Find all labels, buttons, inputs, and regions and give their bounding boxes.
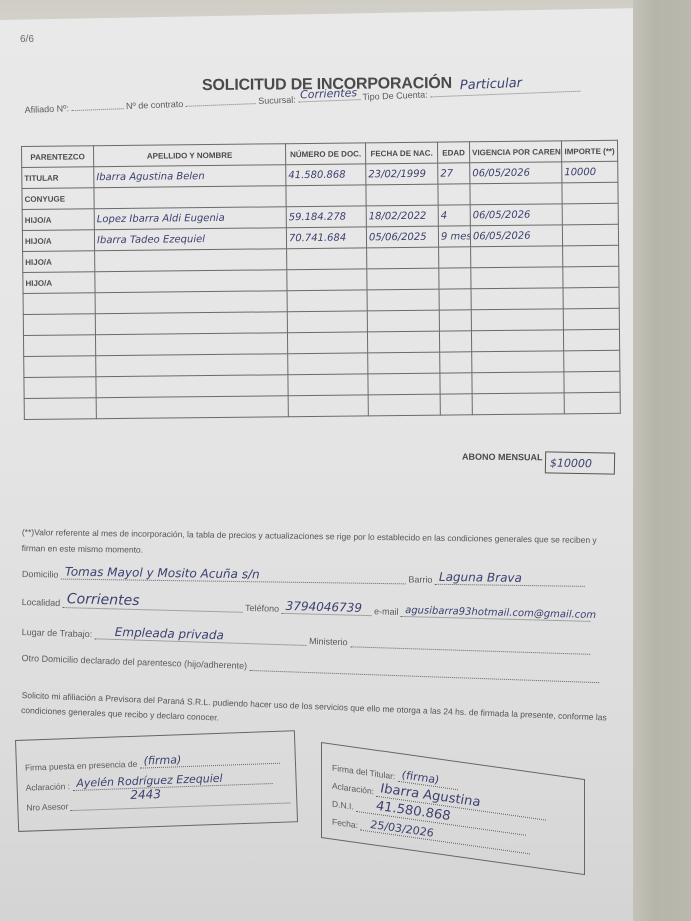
- cell-doc[interactable]: 41.580.868: [286, 164, 366, 186]
- cell-parentezco: [23, 314, 95, 336]
- col-nombre: APELLIDO Y NOMBRE: [94, 144, 286, 167]
- cell-edad[interactable]: [439, 268, 471, 289]
- ministerio-label: Ministerio: [309, 636, 348, 647]
- barrio-field[interactable]: Laguna Brava: [435, 570, 585, 587]
- cell-importe[interactable]: [563, 287, 619, 309]
- localidad-label: Localidad: [22, 597, 61, 608]
- cell-doc[interactable]: [287, 332, 367, 354]
- cell-importe[interactable]: [564, 371, 620, 393]
- contrato-field[interactable]: [185, 93, 255, 107]
- cell-edad[interactable]: 4: [438, 205, 470, 226]
- cell-parentezco: [23, 293, 95, 315]
- cell-doc[interactable]: 59.184.278: [286, 206, 366, 228]
- advisor-aclaracion-label: Aclaración :: [25, 781, 70, 793]
- email-label: e-mail: [374, 606, 399, 617]
- cell-nombre[interactable]: [95, 291, 287, 314]
- cell-doc[interactable]: 70.741.684: [286, 227, 366, 249]
- barrio-label: Barrio: [408, 574, 432, 584]
- cell-importe[interactable]: [563, 329, 619, 351]
- cell-fecha_nac[interactable]: [367, 247, 439, 269]
- cell-fecha_nac[interactable]: [368, 352, 440, 374]
- cell-nombre[interactable]: [96, 354, 288, 377]
- afiliado-label: Afiliado Nº:: [24, 103, 69, 115]
- cell-nombre[interactable]: [94, 186, 286, 209]
- members-table: PARENTEZCO APELLIDO Y NOMBRE NÚMERO DE D…: [21, 140, 621, 420]
- cell-vigencia[interactable]: [471, 288, 563, 310]
- cell-vigencia[interactable]: [471, 246, 563, 268]
- cell-importe[interactable]: [563, 245, 619, 267]
- cell-vigencia[interactable]: [471, 330, 563, 352]
- cell-fecha_nac[interactable]: [367, 331, 439, 353]
- cell-edad[interactable]: [440, 373, 472, 394]
- advisor-signature-box: Firma puesta en presencia de (firma) Acl…: [15, 730, 298, 832]
- advisor-asesor-label: Nro Asesor: [26, 801, 68, 812]
- cell-doc[interactable]: [287, 311, 367, 333]
- cell-vigencia[interactable]: [470, 183, 562, 205]
- tipo-cuenta-label: Tipo De Cuenta:: [362, 90, 428, 102]
- page-number: 6/6: [20, 34, 34, 45]
- cell-doc[interactable]: [287, 269, 367, 291]
- abono-value[interactable]: $10000: [545, 451, 615, 474]
- advisor-asesor-field[interactable]: 2443: [71, 791, 291, 811]
- cell-importe[interactable]: [562, 203, 618, 225]
- sucursal-field[interactable]: Corrientes: [298, 89, 360, 102]
- cell-vigencia[interactable]: [471, 309, 563, 331]
- cell-importe[interactable]: [564, 392, 620, 414]
- cell-fecha_nac[interactable]: 23/02/1999: [366, 163, 438, 185]
- titular-dni-label: D.N.I.: [332, 799, 354, 812]
- cell-edad[interactable]: [440, 394, 472, 415]
- cell-nombre[interactable]: [95, 333, 287, 356]
- cell-doc[interactable]: [287, 290, 367, 312]
- cell-doc[interactable]: [287, 248, 367, 270]
- cell-fecha_nac[interactable]: [367, 268, 439, 290]
- cell-fecha_nac[interactable]: 05/06/2025: [366, 226, 438, 248]
- advisor-firma-row: Firma puesta en presencia de (firma): [25, 752, 280, 773]
- titular-aclaracion-label: Aclaración:: [332, 781, 374, 797]
- abono-label: ABONO MENSUAL: [462, 452, 543, 463]
- cell-importe[interactable]: 10000: [562, 161, 618, 183]
- cell-fecha_nac[interactable]: [368, 373, 440, 395]
- cell-parentezco: TITULAR: [22, 167, 94, 189]
- cell-vigencia[interactable]: 06/05/2026: [470, 225, 562, 247]
- cell-parentezco: CONYUGE: [22, 188, 94, 210]
- cell-doc[interactable]: [288, 374, 368, 396]
- cell-fecha_nac[interactable]: 18/02/2022: [366, 205, 438, 227]
- cell-edad[interactable]: [439, 310, 471, 331]
- cell-importe[interactable]: [562, 224, 618, 246]
- cell-importe[interactable]: [563, 266, 619, 288]
- cell-edad[interactable]: [440, 352, 472, 373]
- cell-fecha_nac[interactable]: [367, 289, 439, 311]
- domicilio-label: Domicilio: [22, 569, 59, 580]
- titular-fecha-label: Fecha:: [332, 817, 358, 831]
- cell-edad[interactable]: [438, 184, 470, 205]
- cell-nombre[interactable]: Ibarra Agustina Belen: [94, 165, 286, 188]
- advisor-firma-label: Firma puesta en presencia de: [25, 759, 138, 773]
- cell-fecha_nac[interactable]: [368, 394, 440, 416]
- col-parentezco: PARENTEZCO: [22, 146, 94, 168]
- cell-fecha_nac[interactable]: [367, 310, 439, 332]
- cell-importe[interactable]: [562, 182, 618, 204]
- telefono-field[interactable]: 3794046739: [281, 599, 371, 616]
- cell-nombre[interactable]: Ibarra Tadeo Ezequiel: [94, 228, 286, 251]
- page-edge-shadow: [633, 0, 691, 921]
- cell-edad[interactable]: [439, 331, 471, 352]
- members-table-wrap: PARENTEZCO APELLIDO Y NOMBRE NÚMERO DE D…: [21, 146, 633, 446]
- cell-vigencia[interactable]: [472, 372, 564, 394]
- cell-doc[interactable]: [286, 185, 366, 207]
- cell-nombre[interactable]: [95, 249, 287, 272]
- telefono-label: Teléfono: [245, 603, 279, 614]
- cell-vigencia[interactable]: [471, 267, 563, 289]
- cell-nombre[interactable]: [95, 270, 287, 293]
- advisor-firma-field[interactable]: (firma): [139, 752, 279, 769]
- cell-parentezco: HIJO/A: [22, 209, 94, 231]
- col-importe: IMPORTE (**): [561, 140, 617, 162]
- cell-nombre[interactable]: [95, 312, 287, 335]
- cell-vigencia[interactable]: 06/05/2026: [470, 162, 562, 184]
- titular-firma-label: Firma del Titular:: [332, 763, 395, 782]
- cell-doc[interactable]: [288, 353, 368, 375]
- col-vigencia: VIGENCIA POR CARENCIAART. 4 CONDICIONES …: [469, 141, 561, 163]
- cell-parentezco: [24, 377, 96, 399]
- cell-vigencia[interactable]: [472, 351, 564, 373]
- cell-edad[interactable]: 27: [438, 163, 470, 184]
- cell-edad[interactable]: [439, 289, 471, 310]
- cell-parentezco: HIJO/A: [23, 272, 95, 294]
- tipo-cuenta-field[interactable]: Particular: [430, 81, 580, 98]
- cell-importe[interactable]: [563, 308, 619, 330]
- cell-nombre[interactable]: Lopez Ibarra Aldi Eugenia: [94, 207, 286, 230]
- sucursal-label: Sucursal:: [258, 95, 296, 106]
- col-edad: EDAD: [437, 142, 469, 163]
- col-doc: NÚMERO DE DOC.: [285, 143, 365, 165]
- cell-vigencia[interactable]: 06/05/2026: [470, 204, 562, 226]
- afiliado-field[interactable]: [71, 98, 123, 111]
- col-fecha-nac: FECHA DE NAC.: [365, 142, 437, 164]
- cell-nombre[interactable]: [96, 375, 288, 398]
- cell-doc[interactable]: [288, 395, 368, 417]
- advisor-asesor-row: Nro Asesor 2443: [26, 791, 291, 812]
- cell-nombre[interactable]: [96, 396, 288, 419]
- cell-vigencia[interactable]: [472, 393, 564, 415]
- advisor-aclaracion-field[interactable]: Ayelén Rodríguez Ezequiel: [72, 772, 272, 791]
- cell-parentezco: HIJO/A: [23, 251, 95, 273]
- cell-fecha_nac[interactable]: [366, 184, 438, 206]
- cell-parentezco: HIJO/A: [22, 230, 94, 252]
- cell-parentezco: [24, 356, 96, 378]
- cell-importe[interactable]: [564, 350, 620, 372]
- cell-parentezco: [24, 398, 96, 420]
- contrato-label: Nº de contrato: [126, 99, 184, 111]
- cell-edad[interactable]: [439, 247, 471, 268]
- cell-parentezco: [23, 335, 95, 357]
- cell-edad[interactable]: 9 meses: [438, 226, 470, 247]
